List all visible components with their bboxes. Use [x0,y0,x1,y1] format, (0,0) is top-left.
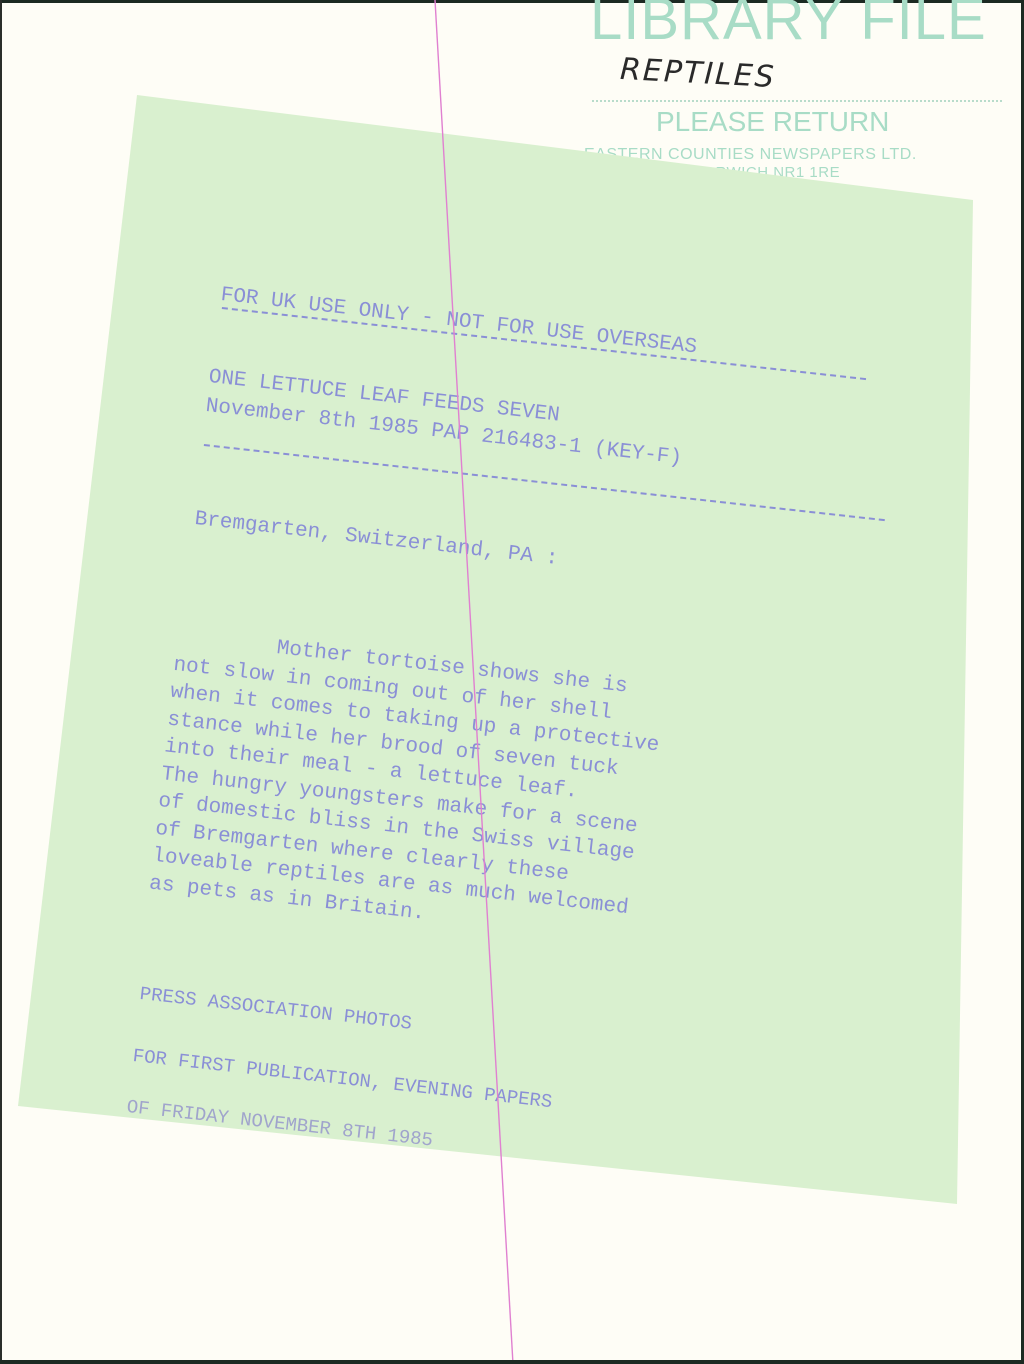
restriction-underline [222,307,866,380]
credit-line: PRESS ASSOCIATION PHOTOS [139,983,413,1035]
caption-sheet: FOR UK USE ONLY - NOT FOR USE OVERSEAS O… [0,0,1024,1364]
photo-border-left [0,0,2,1364]
caption-body: Mother tortoise shows she isnot slow in … [148,624,667,951]
stamp-title: LIBRARY FILE [590,0,987,53]
usage-restriction: FOR UK USE ONLY - NOT FOR USE OVERSEAS [219,284,698,359]
handwritten-subject: REPTILES [619,52,776,95]
publication-line-2: OF FRIDAY NOVEMBER 8TH 1985 [126,1096,434,1152]
stamp-return-notice: PLEASE RETURN [656,106,889,138]
stamp-dotted-line [592,100,1002,102]
separator-rule [204,444,885,521]
photo-border-bottom [0,1360,1024,1364]
place-line: Bremgarten, Switzerland, PA : [193,508,559,571]
